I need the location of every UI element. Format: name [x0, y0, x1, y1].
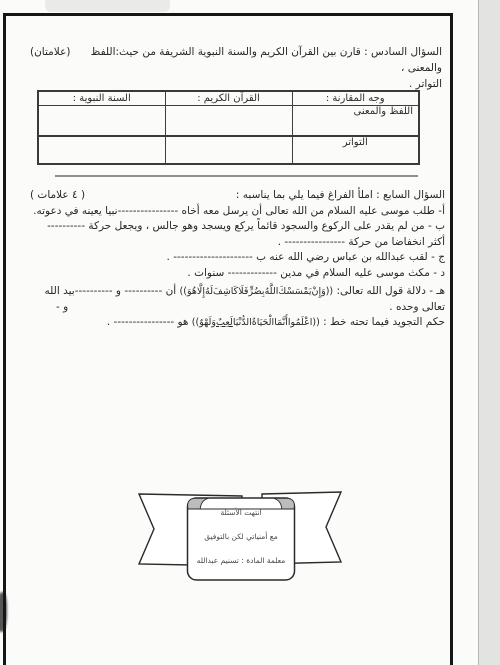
scanned-exam-page: { "colors": { "ink": "#272727", "frame":…	[0, 0, 500, 665]
empty-answer-cell	[165, 136, 292, 164]
question-7-section: السؤال السابع : املأ الفراغ فيما يلي بما…	[30, 188, 445, 331]
quran-quote-dunya-verse: ((اعْلَمُوا أَنَّمَا الْحَيَاةُ الدُّنْي…	[233, 317, 320, 328]
row-label-tawatur: التواتر	[292, 136, 419, 164]
header-holy-quran: القرآن الكريم :	[165, 91, 292, 106]
table-row: اللفظ والمعنى	[38, 106, 419, 137]
question-7-marks: ( ٤ علامات )	[30, 188, 85, 204]
banner-line-teacher-name: معلمة المادة : تسنيم عبدالله	[187, 556, 295, 566]
question-6-section: السؤال السادس : قارن بين القرآن الكريم و…	[30, 44, 442, 92]
q7-item-a: أ- طلب موسى عليه السلام من الله تعالى أن…	[30, 204, 445, 220]
q7-item-d: د - مكث موسى عليه السلام في مدين -------…	[30, 266, 445, 282]
q7-item-h-tail: أن ---------- و ----------بيد الله	[45, 285, 180, 297]
q7-item-w-tail: هو ---------------- .	[107, 316, 192, 328]
q7-item-h-label: هـ - دلالة قول الله تعالى:	[333, 285, 445, 297]
scanner-edge-strip	[478, 0, 500, 665]
header-comparison-aspect: وجه المقارنة :	[292, 91, 419, 106]
question-7-title: السؤال السابع : املأ الفراغ فيما يلي بما…	[236, 188, 445, 204]
banner-line-questions-ended: انتهت الأسئلة	[187, 508, 295, 518]
q7-item-b-line2: أكثر انخفاضا من حركة ---------------- .	[30, 235, 445, 251]
end-of-questions-banner: انتهت الأسئلة مع أمنياتي لكن بالتوفيق مع…	[132, 478, 372, 608]
q7-item-h: هـ - دلالة قول الله تعالى: ((وَإِنْ يَمْ…	[30, 284, 445, 300]
q7-item-w: حكم التجويد فيما تحته خط : ((اعْلَمُوا أ…	[30, 315, 445, 331]
empty-answer-cell	[38, 106, 165, 137]
quran-quote-harm-verse: ((وَإِنْ يَمْسَسْكَ اللَّهُ بِضُرٍّ فَلَ…	[180, 286, 334, 297]
table-header-row: وجه المقارنة : القرآن الكريم : السنة الن…	[38, 91, 419, 106]
ribbon-banner-graphic	[132, 478, 372, 608]
table-row: التواتر	[38, 136, 419, 164]
question-6-title: السؤال السادس : قارن بين القرآن الكريم و…	[70, 44, 442, 76]
section-divider-line	[55, 175, 418, 177]
header-prophetic-sunnah: السنة النبوية :	[38, 91, 165, 106]
empty-answer-cell	[165, 106, 292, 137]
q7-item-w-label: حكم التجويد فيما تحته خط :	[320, 316, 445, 328]
quran-quote-dunya-verse-end: وَلَهْوٌ))	[192, 317, 216, 328]
question-6-header-line: السؤال السادس : قارن بين القرآن الكريم و…	[30, 44, 442, 76]
q7-item-b-line1: ب - من لم يقدر على الركوع والسجود قائماً…	[30, 219, 445, 235]
q7-item-w-marker: و -	[56, 300, 68, 316]
q7-item-h-continuation: تعالى وحده .	[389, 300, 445, 316]
comparison-table: وجه المقارنة : القرآن الكريم : السنة الن…	[37, 90, 420, 165]
underlined-word: لَعِبٌ	[216, 317, 233, 328]
scan-smudge	[0, 592, 7, 632]
q7-item-j: ج - لقب عبدالله بن عباس رضي الله عنه ب -…	[30, 250, 445, 266]
row-label-wording-meaning: اللفظ والمعنى	[292, 106, 419, 137]
question-7-header-line: السؤال السابع : املأ الفراغ فيما يلي بما…	[30, 188, 445, 204]
q7-item-h-continuation-row: تعالى وحده . و -	[30, 300, 445, 316]
banner-line-good-luck: مع أمنياتي لكن بالتوفيق	[187, 532, 295, 542]
question-6-marks: (علامتان)	[30, 44, 70, 60]
empty-answer-cell	[38, 136, 165, 164]
scan-shadow	[45, 0, 170, 12]
